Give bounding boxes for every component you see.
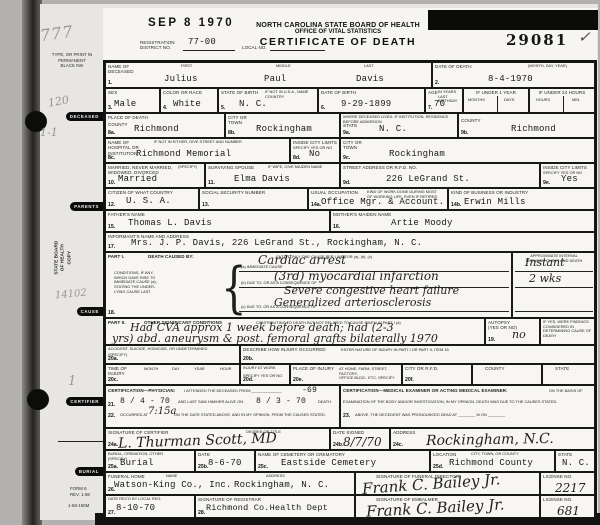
field-label: STATE — [555, 366, 569, 371]
form-header: NORTH CAROLINA STATE BOARD OF HEALTH OFF… — [233, 22, 443, 48]
field-sublabel: IF NOT IN EITHER, GIVE STREET AND NUMBER — [154, 140, 274, 145]
field-number: 15. — [108, 224, 115, 230]
field-value: no — [512, 328, 526, 341]
field-usual-occupation: USUAL OCCUPATION KIND OF WORK DONE DURIN… — [308, 188, 448, 210]
field-sublabel: NAME — [166, 474, 177, 479]
field-number: 24a. — [108, 442, 118, 448]
subcolumn-label: HOUR — [220, 367, 231, 372]
field-place-of-death-city: CITY OR TOWN 8b. Rockingham — [225, 113, 340, 138]
field-injury-state: STATE — [542, 364, 595, 385]
field-date-of-birth: DATE OF BIRTH 6. 9-29-1899 — [318, 88, 425, 113]
field-mothers-maiden-name: MOTHER'S MAIDEN NAME 16. Artie Moody — [330, 210, 595, 232]
certification-text: DEATH — [318, 400, 331, 405]
field-number: 9d. — [343, 180, 351, 186]
field-if-under-1-year: IF UNDER 1 YEAR MONTHS DAYS — [463, 88, 529, 113]
item-number: 21. — [108, 402, 115, 408]
field-number: 20d. — [243, 377, 253, 383]
field-value: Richmond Memorial — [136, 149, 231, 159]
field-value: Richmond — [134, 124, 179, 134]
field-label: TIME OF INJURY — [108, 366, 127, 377]
field-number: 4. — [163, 105, 167, 111]
field-label: STATE — [558, 452, 572, 457]
field-sublabel: IF NOT IN U.S.A., NAME COUNTRY — [265, 90, 308, 99]
field-number: 10. — [108, 180, 115, 186]
subcolumn-label: MONTH — [144, 367, 158, 372]
field-value: Eastside Cemetery — [281, 458, 376, 468]
field-sublabel: AT HOME, FARM, STREET, FACTORY, OFFICE B… — [339, 367, 401, 381]
field-label: LOCATION — [433, 452, 456, 457]
field-sublabel: (MONTH, DAY, YEAR) — [528, 64, 567, 69]
section-certification-medical-examiner: CERTIFICATION—MEDICAL EXAMINER OR ACTING… — [340, 385, 595, 428]
attended-from-value: -69 — [302, 386, 317, 395]
field-injury-county: COUNTY — [472, 364, 542, 385]
field-label: IF YES, WERE FINDINGS CONSIDERED IN DETE… — [543, 320, 593, 339]
date-signed-value: 8/7/70 — [343, 435, 382, 449]
field-value: Richmond County — [449, 458, 533, 468]
cause-b-value: (3rd) myocardial infarction — [274, 269, 439, 283]
tab-parents: PARENTS — [70, 202, 104, 211]
field-value: White — [173, 99, 201, 109]
section-label: PLACE OF DEATH — [108, 115, 148, 120]
field-value: Rockingham — [256, 124, 312, 134]
field-date-signed: DATE SIGNED 24b. 8/7/70 — [330, 428, 390, 450]
field-label: CITIZEN OF WHAT COUNTRY — [108, 190, 173, 195]
column-header: LAST — [364, 64, 374, 69]
field-label: USUAL OCCUPATION — [311, 190, 358, 195]
cell-divider — [497, 96, 498, 112]
field-label: DATE REC'D BY LOCAL REG. — [108, 497, 188, 502]
field-number: 9a. — [343, 130, 350, 136]
field-label: NAME OF DECEASED — [108, 64, 134, 75]
form-print-run: 1-68-150M — [68, 503, 102, 509]
interval-b-value: 2 wks — [529, 272, 561, 285]
field-value: Erwin Mills — [464, 197, 526, 207]
field-number: 28. — [198, 510, 205, 516]
field-value: Rockingham — [389, 149, 445, 159]
field-value: Yes — [561, 174, 578, 184]
field-label: ACCIDENT, SUICIDE, HOMICIDE, OR UNDETERM… — [108, 347, 236, 352]
field-label: INJURY AT WORK — [243, 366, 287, 371]
field-name-of-deceased: NAME OF DECEASED FIRST MIDDLE LAST 1. Ju… — [105, 62, 432, 88]
field-place-of-injury: PLACE OF INJURY AT HOME, FARM, STREET, F… — [290, 364, 402, 385]
field-value: 226 LeGrand St. — [386, 174, 470, 184]
field-funeral-director-signature: SIGNATURE OF FUNERAL DIRECTOR Frank C. B… — [355, 472, 540, 495]
field-number: 8c. — [108, 155, 115, 161]
field-value: Office Mgr. & Account. — [321, 197, 444, 207]
field-number: 20e. — [293, 377, 303, 383]
field-number: 1. — [108, 80, 112, 86]
field-label: NAME OF HOSPITAL OR INSTITUTION — [108, 140, 139, 156]
subcolumn-label: MONTHS — [468, 98, 485, 103]
copy-designation: STATE BOARD OF HEALTH COPY — [54, 228, 73, 288]
field-number: 19. — [488, 337, 495, 343]
funeral-home-name: Watson-King Co., Inc. — [114, 480, 232, 490]
field-injury-city: CITY OR R.F.D. 20f. — [402, 364, 472, 385]
field-label: NAME OF CEMETERY OR CREMATORY — [258, 452, 345, 457]
field-number: 2. — [435, 80, 439, 86]
interval-line — [515, 287, 593, 288]
part-label: PART I. — [108, 254, 124, 259]
field-inside-city-limits-residence: INSIDE CITY LIMITS SPECIFY YES OR NO 9e.… — [540, 163, 595, 188]
field-signature-of-certifier: SIGNATURE OF CERTIFIER DEGREE OR TITLE 2… — [105, 428, 330, 450]
certificate-number: 29081 — [506, 31, 568, 49]
certification-text: ON THE DATE STATED ABOVE, AND IN MY OPIN… — [174, 413, 334, 418]
field-number: 3. — [108, 105, 112, 111]
field-street-address: STREET ADDRESS OR R.F.D. NO. 9d. 226 LeG… — [340, 163, 540, 188]
last-seen-value: 8 / 3 - 70 — [256, 397, 306, 406]
field-number: 9e. — [543, 180, 550, 186]
field-surviving-spouse: SURVIVING SPOUSE IF WIFE, GIVE MAIDEN NA… — [205, 163, 340, 188]
field-sex: SEX 3. Male — [105, 88, 160, 113]
field-manner-of-death: ACCIDENT, SUICIDE, HOMICIDE, OR UNDETERM… — [105, 345, 240, 364]
part-label: PART II. — [108, 320, 126, 325]
field-value: 9-29-1899 — [341, 99, 391, 109]
section-label: WHERE DECEASED LIVED. IF INSTITUTION, RE… — [343, 115, 455, 124]
attended-to-value: 8 / 4 - 70 — [120, 397, 170, 406]
field-if-under-24-hours: IF UNDER 24 HOURS HOURS MIN. — [529, 88, 595, 113]
field-number: 20a. — [108, 356, 118, 362]
field-value: Artie Moody — [391, 218, 453, 228]
field-label: SURVIVING SPOUSE — [208, 165, 254, 170]
license-number-value: 2217 — [555, 481, 586, 495]
check-mark: ✓ — [578, 28, 591, 46]
field-sublabel: (SPECIFY) — [178, 165, 197, 170]
field-label: CITY OR TOWN — [228, 115, 247, 126]
field-number: 9b. — [461, 130, 469, 136]
field-interval-onset-death: APPROXIMATE INTERVAL BETWEEN ONSET AND D… — [512, 252, 595, 318]
pencil-mark: 1-1 — [40, 126, 58, 139]
item-number: 22. — [108, 413, 115, 419]
board-name: NORTH CAROLINA STATE BOARD OF HEALTH — [233, 22, 443, 29]
field-embalmer-signature: SIGNATURE OF EMBALMER Frank C. Bailey Jr… — [355, 495, 540, 518]
column-header: MIDDLE — [276, 64, 291, 69]
field-label: FATHER'S NAME — [108, 212, 145, 217]
field-autopsy: AUTOPSY (YES OR NO) 19. no — [485, 318, 540, 345]
field-number: 25d. — [433, 464, 443, 470]
section-certification-physician: CERTIFICATION—PHYSICIAN: I ATTENDED THE … — [105, 385, 340, 428]
field-number: 25b. — [198, 464, 208, 470]
field-number: 13. — [202, 202, 209, 208]
cause-c-value: Generalized arteriosclerosis — [274, 296, 431, 309]
field-number: 9c. — [343, 155, 350, 161]
certification-title: CERTIFICATION—MEDICAL EXAMINER OR ACTING… — [343, 388, 543, 393]
field-value: Thomas L. Davis — [128, 218, 212, 228]
subcolumn-label: DAY — [172, 367, 180, 372]
field-number: 25a. — [108, 464, 118, 470]
field-label: SIGNATURE OF REGISTRAR — [198, 497, 261, 502]
certification-title: CERTIFICATION—PHYSICIAN: — [108, 388, 175, 393]
field-label: LICENSE NO. — [543, 497, 573, 502]
interval-a-value: Instant — [525, 256, 565, 269]
side-instruction: CONDITIONS, IF ANY, WHICH GAVE RISE TO I… — [114, 271, 172, 294]
field-value: 70 — [434, 99, 445, 109]
field-label: CITY OR R.F.D. — [405, 366, 438, 371]
death-certificate-scan: 777 120 1-1 14102 1 TYPE, OR PRINT IN PE… — [0, 0, 600, 525]
field-number: 27. — [108, 510, 115, 516]
office-name: OFFICE OF VITAL STATISTICS — [233, 29, 443, 35]
field-value: Married — [118, 174, 157, 184]
subcolumn-label: MIN. — [572, 98, 580, 103]
field-funeral-home: FUNERAL HOME NAME ADDRESS 26. Watson-Kin… — [105, 472, 355, 495]
field-label: KIND OF BUSINESS OR INDUSTRY — [451, 190, 528, 195]
field-number: 16. — [333, 224, 340, 230]
certifier-address-value: Rockingham, N.C. — [426, 431, 554, 449]
field-number: 5. — [221, 105, 225, 111]
field-citizen-of: CITIZEN OF WHAT COUNTRY 12. U. S. A. — [105, 188, 199, 210]
field-marital-status: MARRIED, NEVER MARRIED, WIDOWED, DIVORCE… — [105, 163, 205, 188]
hole-punch — [27, 389, 49, 410]
field-fathers-name: FATHER'S NAME 15. Thomas L. Davis — [105, 210, 330, 232]
field-number: 17. — [108, 244, 115, 250]
field-label: MOTHER'S MAIDEN NAME — [333, 212, 391, 217]
form-number: FORM 6 — [70, 486, 100, 492]
certification-text: EXAMINATION OF THE BODY AND/OR INVESTIGA… — [343, 400, 588, 405]
field-cemetery-state: STATE N. C. — [555, 450, 595, 472]
field-color-or-race: COLOR OR RACE 4. White — [160, 88, 218, 113]
field-number: 8b. — [228, 130, 236, 136]
field-burial-method: BURIAL, CREMATION, OTHER (SPECIFY) 25a. … — [105, 450, 195, 472]
field-sublabel: IF WIFE, GIVE MAIDEN NAME — [268, 165, 322, 170]
first-name-value: Julius — [164, 74, 198, 84]
field-number: 6. — [321, 105, 325, 111]
part2-value-line2: yrs) abd. aneurysm & post. femoral graft… — [112, 332, 438, 345]
field-value: U. S. A. — [126, 196, 171, 206]
field-number: 14b. — [451, 202, 461, 208]
field-date-received: DATE REC'D BY LOCAL REG. 27. 8-10-70 — [105, 495, 195, 518]
cause-line-c — [239, 311, 509, 312]
field-value: No — [309, 149, 320, 159]
ink-instruction-note: TYPE, OR PRINT IN PERMANENT BLACK INK — [44, 52, 100, 69]
pencil-mark: 1 — [68, 374, 76, 389]
field-number: 7. — [428, 105, 432, 111]
field-label: IF UNDER 24 HOURS — [532, 90, 592, 95]
field-cemetery: NAME OF CEMETERY OR CREMATORY 25c. Easts… — [255, 450, 430, 472]
license-number-value: 681 — [557, 504, 580, 518]
field-label: DATE OF DEATH — [435, 64, 472, 69]
field-number: 24b. — [333, 442, 343, 448]
field-value: 8-4-1970 — [488, 74, 533, 84]
registration-district-label: REGISTRATION DISTRICT NO. — [140, 40, 175, 51]
field-number: 11. — [208, 180, 215, 186]
tab-cause: CAUSE — [77, 307, 104, 316]
field-residence-county: COUNTY 9b. Richmond — [458, 113, 595, 138]
middle-name-value: Paul — [264, 74, 286, 84]
field-number: 14a. — [311, 202, 321, 208]
field-value: Mrs. J. P. Davis, 226 LeGrand St., Rocki… — [131, 238, 422, 248]
field-label: AGE — [428, 90, 438, 95]
field-label: DATE — [198, 452, 210, 457]
field-label: SEX — [108, 90, 117, 95]
field-label: COUNTY — [485, 366, 505, 371]
margin-rule — [58, 441, 104, 442]
field-label: SOCIAL SECURITY NUMBER — [202, 190, 265, 195]
last-name-value: Davis — [356, 74, 384, 84]
field-number: 20c. — [108, 377, 118, 383]
form-revision: REV. 1-68 — [70, 492, 100, 498]
field-value: 8-10-70 — [116, 503, 155, 513]
certification-text: OCCURRED AT — [120, 413, 148, 418]
field-embalmer-license: LICENSE NO. 681 — [540, 495, 595, 518]
blank-line — [183, 50, 235, 51]
certification-text: I ATTENDED THE DECEASED FROM ___________… — [184, 389, 299, 394]
field-label: STREET ADDRESS OR R.F.D. NO. — [343, 165, 417, 170]
field-label: IF UNDER 1 YEAR — [466, 90, 526, 95]
tab-certifier: CERTIFIER — [66, 397, 104, 406]
registrar-value: Richmond Co.Health Dept — [206, 503, 328, 513]
field-value: Burial — [120, 458, 154, 468]
field-director-license: LICENSE NO. 2217 — [540, 472, 595, 495]
field-informant: INFORMANT'S NAME AND ADDRESS 17. Mrs. J.… — [105, 232, 595, 252]
field-number: 24c. — [393, 442, 403, 448]
section-part1-cause-of-death: PART I. DEATH CAUSED BY: ENTER ONLY ONE … — [105, 252, 512, 318]
field-label: CITY OR TOWN — [343, 140, 362, 151]
field-label: COUNTY — [108, 122, 128, 127]
field-value: N. C. — [562, 458, 590, 468]
field-label: STATE OF BIRTH — [221, 90, 258, 95]
field-value: 8-6-70 — [208, 458, 242, 468]
time-of-death-value: 7:15a — [148, 406, 176, 417]
field-time-of-injury: TIME OF INJURY MONTH DAY YEAR HOUR 20c. — [105, 364, 240, 385]
field-label: FUNERAL HOME — [108, 474, 145, 479]
blank-line — [270, 50, 325, 51]
certification-text: ABOVE, THE DECEDENT WAS PRONOUNCED DEAD … — [355, 413, 590, 418]
received-date-stamp: SEP 8 1970 — [148, 17, 234, 29]
field-value: N. C. — [379, 124, 407, 134]
field-sublabel: ENTER NATURE OF INJURY IN PART I OR PART… — [341, 348, 449, 353]
field-value: Richmond — [511, 124, 556, 134]
cell-divider — [563, 96, 564, 112]
field-label: DATE OF BIRTH — [321, 90, 356, 95]
field-state-of-birth: STATE OF BIRTH IF NOT IN U.S.A., NAME CO… — [218, 88, 318, 113]
field-label: COLOR OR RACE — [163, 90, 202, 95]
field-describe-injury: DESCRIBE HOW INJURY OCCURRED ENTER NATUR… — [240, 345, 595, 364]
field-age: AGE IN YEARS LAST BIRTHDAY 7. 70 — [425, 88, 463, 113]
field-number: 20b. — [243, 356, 253, 362]
funeral-home-address: Rockingham, N. C. — [234, 480, 329, 490]
field-social-security-number: SOCIAL SECURITY NUMBER 13. — [199, 188, 308, 210]
field-residence-city: CITY OR TOWN 9c. Rockingham — [340, 138, 595, 163]
field-cemetery-location: LOCATION CITY, TOWN, OR COUNTY 25d. Rich… — [430, 450, 555, 472]
field-label: PLACE OF INJURY — [293, 366, 334, 371]
section-part2-other-conditions: PART II. OTHER SIGNIFICANT CONDITIONS CO… — [105, 318, 485, 345]
field-sublabel: ADDRESS — [266, 474, 285, 479]
interval-line — [515, 311, 593, 312]
item-number: 23. — [343, 413, 350, 419]
field-value: Elma Davis — [234, 174, 290, 184]
field-certifier-address: ADDRESS 24c. Rockingham, N.C. — [390, 428, 595, 450]
field-hospital: NAME OF HOSPITAL OR INSTITUTION IF NOT I… — [105, 138, 290, 163]
field-number: 20f. — [405, 377, 414, 383]
field-inside-city-limits-death: INSIDE CITY LIMITS SPECIFY YES OR NO 8d.… — [290, 138, 340, 163]
field-sublabel: CITY, TOWN, OR COUNTY — [471, 452, 519, 457]
tab-burial: BURIAL — [75, 467, 104, 476]
field-value: Male — [114, 99, 136, 109]
field-label: DESCRIBE HOW INJURY OCCURRED — [243, 347, 326, 352]
registration-district-value: 77-00 — [188, 37, 216, 47]
field-registrar-signature: SIGNATURE OF REGISTRAR 28. Richmond Co.H… — [195, 495, 355, 518]
top-right-black-bar — [428, 10, 598, 30]
certification-text: AND LAST SAW HIM/HER ALIVE ON — [178, 400, 243, 405]
field-label: ADDRESS — [393, 430, 415, 435]
page-edge-shadow — [22, 0, 42, 525]
field-injury-at-work: INJURY AT WORK SPECIFY YES OR NO 20d. — [240, 364, 290, 385]
field-place-of-death-county: PLACE OF DEATH COUNTY 8a. Richmond — [105, 113, 225, 138]
field-label: COUNTY — [461, 118, 481, 123]
field-number: 8a. — [108, 130, 115, 136]
section-title: DEATH CAUSED BY: — [148, 254, 194, 259]
field-label: LICENSE NO. — [543, 474, 573, 479]
field-date-of-death: DATE OF DEATH (MONTH, DAY, YEAR) 2. 8-4-… — [432, 62, 595, 88]
subcolumn-label: YEAR — [194, 367, 205, 372]
field-value: N. C. — [239, 99, 267, 109]
field-number: 25c. — [258, 464, 268, 470]
column-header: FIRST — [181, 64, 192, 69]
field-autopsy-findings: IF YES, WERE FINDINGS CONSIDERED IN DETE… — [540, 318, 595, 345]
form-title: CERTIFICATE OF DEATH — [233, 36, 443, 48]
field-number: 18. — [108, 310, 115, 316]
tab-deceased: DECEASED — [66, 112, 104, 121]
subcolumn-label: HOURS — [536, 98, 550, 103]
cause-a-value: Cardiac arrest — [258, 253, 346, 267]
field-residence-state: WHERE DECEASED LIVED. IF INSTITUTION, RE… — [340, 113, 458, 138]
field-number: 8d. — [293, 155, 301, 161]
field-label: STATE — [343, 123, 357, 128]
field-burial-date: DATE 25b. 8-6-70 — [195, 450, 255, 472]
certification-text: ON THE BASIS OF — [549, 389, 583, 394]
field-number: 12. — [108, 202, 115, 208]
field-business-industry: KIND OF BUSINESS OR INDUSTRY 14b. Erwin … — [448, 188, 595, 210]
subcolumn-label: DAYS — [504, 98, 514, 103]
